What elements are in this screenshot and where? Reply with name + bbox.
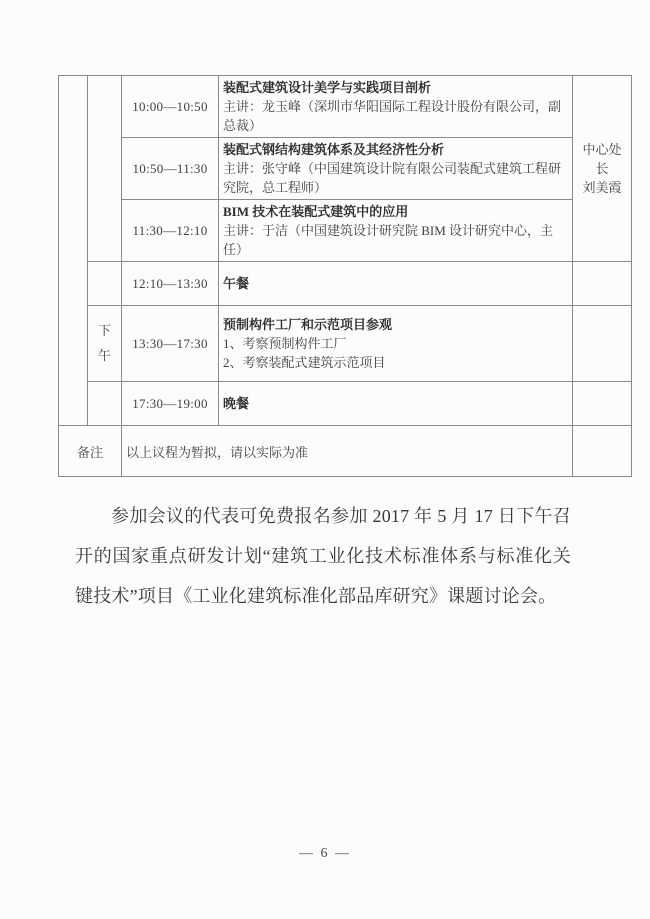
session-cell: 装配式建筑设计美学与实践项目剖析 主讲：龙玉峰（深圳市华阳国际工程设计股份有限公… (219, 76, 573, 138)
session-cell: 装配式钢结构建筑体系及其经济性分析 主讲：张守峰（中国建筑设计院有限公司装配式建… (219, 138, 573, 200)
table-row: 12:10—13:30 午餐 (59, 262, 632, 306)
table-row: 下午 13:30—17:30 预制构件工厂和示范项目参观 1、考察预制构件工厂 … (59, 306, 632, 382)
notice-paragraph: 参加会议的代表可免费报名参加 2017 年 5 月 17 日下午召开的国家重点研… (75, 496, 571, 616)
session-title: 装配式钢结构建筑体系及其经济性分析 (223, 140, 568, 159)
agenda-table: 10:00—10:50 装配式建筑设计美学与实践项目剖析 主讲：龙玉峰（深圳市华… (58, 75, 632, 477)
remark-row: 备注 以上议程为暂拟，请以实际为准 (59, 426, 632, 477)
time-cell: 12:10—13:30 (122, 262, 219, 306)
session-speaker: 主讲：龙玉峰（深圳市华阳国际工程设计股份有限公司，副总裁） (223, 97, 568, 135)
table-row: 11:30—12:10 BIM 技术在装配式建筑中的应用 主讲：于洁（中国建筑设… (59, 200, 632, 262)
host-line: 长 (577, 159, 627, 178)
host-line: 中心处 (577, 140, 627, 159)
host-empty-cell (573, 306, 632, 382)
session-title: 午餐 (223, 274, 568, 293)
host-line: 刘美霞 (577, 178, 627, 197)
session-cell: BIM 技术在装配式建筑中的应用 主讲：于洁（中国建筑设计研究院 BIM 设计研… (219, 200, 573, 262)
session-cell: 晚餐 (219, 382, 573, 426)
session-cell: 午餐 (219, 262, 573, 306)
day-column-cell (59, 76, 88, 426)
time-cell: 11:30—12:10 (122, 200, 219, 262)
session-speaker: 主讲：于洁（中国建筑设计研究院 BIM 设计研究中心，主任） (223, 221, 568, 259)
remark-text-cell: 以上议程为暂拟，请以实际为准 (122, 426, 573, 477)
page-number: — 6 — (0, 846, 650, 862)
session-title: 预制构件工厂和示范项目参观 (223, 315, 568, 334)
time-cell: 10:00—10:50 (122, 76, 219, 138)
morning-span-cell (88, 76, 122, 262)
host-cell: 中心处 长 刘美霞 (573, 76, 632, 262)
session-title: 晚餐 (223, 394, 568, 413)
table-row: 10:00—10:50 装配式建筑设计美学与实践项目剖析 主讲：龙玉峰（深圳市华… (59, 76, 632, 138)
remark-empty-cell (573, 426, 632, 477)
session-item: 1、考察预制构件工厂 (223, 334, 568, 353)
ampm-cell (88, 382, 122, 426)
host-empty-cell (573, 382, 632, 426)
afternoon-label: 下午 (97, 319, 111, 367)
document-page: 10:00—10:50 装配式建筑设计美学与实践项目剖析 主讲：龙玉峰（深圳市华… (0, 0, 650, 919)
session-cell: 预制构件工厂和示范项目参观 1、考察预制构件工厂 2、考察装配式建筑示范项目 (219, 306, 573, 382)
session-title: 装配式建筑设计美学与实践项目剖析 (223, 78, 568, 97)
time-cell: 17:30—19:00 (122, 382, 219, 426)
time-cell: 10:50—11:30 (122, 138, 219, 200)
remark-label-cell: 备注 (59, 426, 122, 477)
ampm-cell (88, 262, 122, 306)
session-speaker: 主讲：张守峰（中国建筑设计院有限公司装配式建筑工程研究院，总工程师） (223, 159, 568, 197)
host-empty-cell (573, 262, 632, 306)
session-item: 2、考察装配式建筑示范项目 (223, 353, 568, 372)
afternoon-cell: 下午 (88, 306, 122, 382)
table-row: 10:50—11:30 装配式钢结构建筑体系及其经济性分析 主讲：张守峰（中国建… (59, 138, 632, 200)
time-cell: 13:30—17:30 (122, 306, 219, 382)
session-title: BIM 技术在装配式建筑中的应用 (223, 202, 568, 221)
table-row: 17:30—19:00 晚餐 (59, 382, 632, 426)
